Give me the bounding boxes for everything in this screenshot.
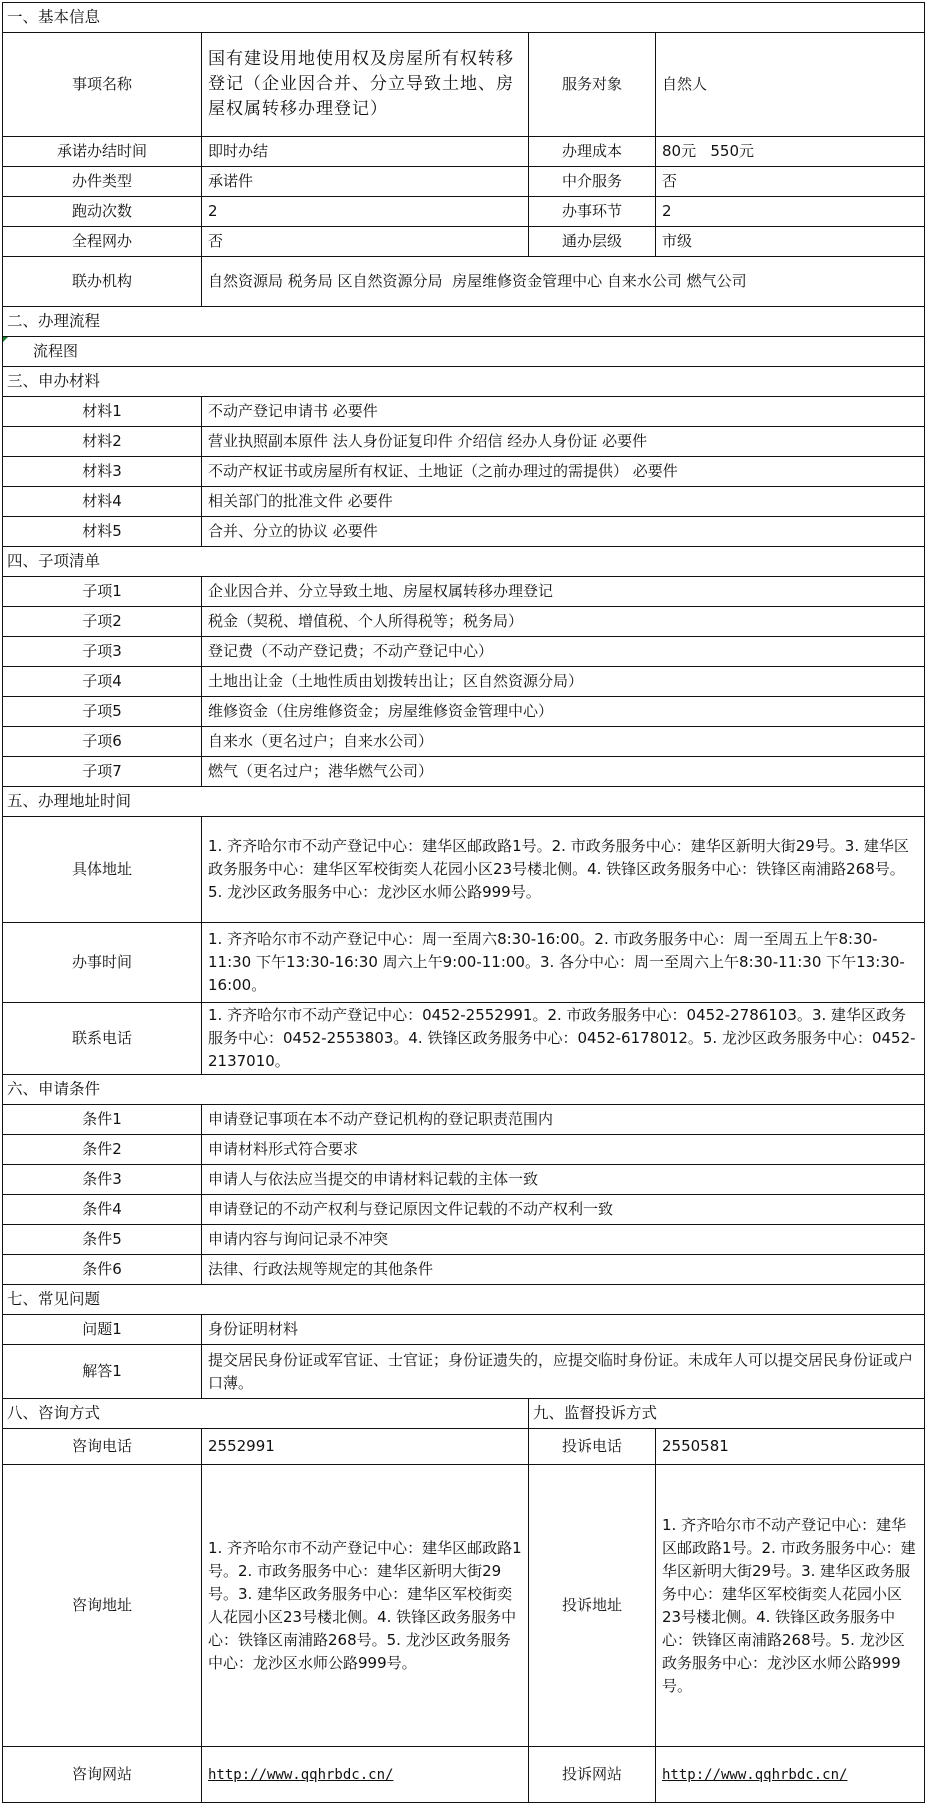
complaint-website-label: 投诉网站 [529, 1747, 656, 1803]
agency-service-value: 否 [656, 167, 925, 197]
subitem-row: 子项3 登记费（不动产登记费；不动产登记中心） [3, 637, 925, 667]
visit-count-value: 2 [202, 197, 529, 227]
contact-phone-value: 1. 齐齐哈尔市不动产登记中心：0452-2552991。2. 市政务服务中心：… [202, 1003, 925, 1075]
subitem-label: 子项5 [3, 697, 202, 727]
faq-question-label: 问题1 [3, 1315, 202, 1345]
condition-row: 条件1 申请登记事项在本不动产登记机构的登记职责范围内 [3, 1105, 925, 1135]
subitem-label: 子项3 [3, 637, 202, 667]
faq-answer-label: 解答1 [3, 1345, 202, 1399]
section-subitems-title: 四、子项清单 [3, 547, 925, 577]
office-hours-value: 1. 齐齐哈尔市不动产登记中心：周一至周六8:30-16:00。2. 市政务服务… [202, 923, 925, 1003]
service-target-label: 服务对象 [529, 33, 656, 137]
consult-address-label: 咨询地址 [3, 1465, 202, 1747]
subitem-value: 企业因合并、分立导致土地、房屋权属转移办理登记 [202, 577, 925, 607]
material-value: 不动产登记申请书 必要件 [202, 397, 925, 427]
subitem-row: 子项5 维修资金（住房维修资金；房屋维修资金管理中心） [3, 697, 925, 727]
subitem-row: 子项6 自来水（更名过户；自来水公司） [3, 727, 925, 757]
section-materials-title: 三、申办材料 [3, 367, 925, 397]
section-conditions-title: 六、申请条件 [3, 1075, 925, 1105]
material-label: 材料2 [3, 427, 202, 457]
consult-address-value: 1. 齐齐哈尔市不动产登记中心：建华区邮政路1号。2. 市政务服务中心：建华区新… [202, 1465, 529, 1747]
subitem-value: 土地出让金（土地性质由划拨转出让；区自然资源分局） [202, 667, 925, 697]
subitem-value: 登记费（不动产登记费；不动产登记中心） [202, 637, 925, 667]
condition-value: 申请内容与询问记录不冲突 [202, 1225, 925, 1255]
subitem-value: 自来水（更名过户；自来水公司） [202, 727, 925, 757]
condition-row: 条件3 申请人与依法应当提交的申请材料记载的主体一致 [3, 1165, 925, 1195]
consult-phone-label: 咨询电话 [3, 1429, 202, 1465]
complaint-website-link[interactable]: http://www.qqhrbdc.cn/ [662, 1767, 847, 1783]
consult-phone-value: 2552991 [202, 1429, 529, 1465]
visit-count-label: 跑动次数 [3, 197, 202, 227]
item-name-value: 国有建设用地使用权及房屋所有权转移登记（企业因合并、分立导致土地、房屋权属转移办… [202, 33, 529, 137]
process-steps-value: 2 [656, 197, 925, 227]
address-value: 1. 齐齐哈尔市不动产登记中心：建华区邮政路1号。2. 市政务服务中心：建华区新… [202, 817, 925, 923]
condition-label: 条件5 [3, 1225, 202, 1255]
condition-value: 申请材料形式符合要求 [202, 1135, 925, 1165]
material-value: 相关部门的批准文件 必要件 [202, 487, 925, 517]
condition-label: 条件6 [3, 1255, 202, 1285]
section-complaint-title: 九、监督投诉方式 [529, 1399, 925, 1429]
material-value: 不动产权证书或房屋所有权证、土地证（之前办理过的需提供） 必要件 [202, 457, 925, 487]
material-label: 材料3 [3, 457, 202, 487]
item-name-label: 事项名称 [3, 33, 202, 137]
section-basic-info-title: 一、基本信息 [3, 3, 925, 33]
condition-label: 条件3 [3, 1165, 202, 1195]
subitem-value: 维修资金（住房维修资金；房屋维修资金管理中心） [202, 697, 925, 727]
subitem-value: 燃气（更名过户；港华燃气公司） [202, 757, 925, 787]
full-online-label: 全程网办 [3, 227, 202, 257]
material-row: 材料3 不动产权证书或房屋所有权证、土地证（之前办理过的需提供） 必要件 [3, 457, 925, 487]
subitem-row: 子项7 燃气（更名过户；港华燃气公司） [3, 757, 925, 787]
material-value: 营业执照副本原件 法人身份证复印件 介绍信 经办人身份证 必要件 [202, 427, 925, 457]
complaint-phone-label: 投诉电话 [529, 1429, 656, 1465]
condition-label: 条件4 [3, 1195, 202, 1225]
complaint-website-cell: http://www.qqhrbdc.cn/ [656, 1747, 925, 1803]
condition-value: 法律、行政法规等规定的其他条件 [202, 1255, 925, 1285]
subitem-label: 子项7 [3, 757, 202, 787]
flowchart-link[interactable]: 流程图 [3, 337, 925, 367]
subitem-label: 子项2 [3, 607, 202, 637]
cost-value: 80元 550元 [656, 137, 925, 167]
case-type-label: 办件类型 [3, 167, 202, 197]
condition-value: 申请人与依法应当提交的申请材料记载的主体一致 [202, 1165, 925, 1195]
section-process-title: 二、办理流程 [3, 307, 925, 337]
material-row: 材料2 营业执照副本原件 法人身份证复印件 介绍信 经办人身份证 必要件 [3, 427, 925, 457]
promise-time-label: 承诺办结时间 [3, 137, 202, 167]
material-row: 材料1 不动产登记申请书 必要件 [3, 397, 925, 427]
joint-agencies-value: 自然资源局 税务局 区自然资源分局 房屋维修资金管理中心 自来水公司 燃气公司 [202, 257, 925, 307]
condition-row: 条件5 申请内容与询问记录不冲突 [3, 1225, 925, 1255]
condition-row: 条件4 申请登记的不动产权利与登记原因文件记载的不动产权利一致 [3, 1195, 925, 1225]
subitem-row: 子项1 企业因合并、分立导致土地、房屋权属转移办理登记 [3, 577, 925, 607]
service-guide-sheet: 一、基本信息 事项名称 国有建设用地使用权及房屋所有权转移登记（企业因合并、分立… [2, 2, 924, 1803]
section-faq-title: 七、常见问题 [3, 1285, 925, 1315]
office-hours-label: 办事时间 [3, 923, 202, 1003]
promise-time-value: 即时办结 [202, 137, 529, 167]
subitem-label: 子项4 [3, 667, 202, 697]
service-level-value: 市级 [656, 227, 925, 257]
subitem-label: 子项6 [3, 727, 202, 757]
complaint-address-value: 1. 齐齐哈尔市不动产登记中心：建华区邮政路1号。2. 市政务服务中心：建华区新… [656, 1465, 925, 1747]
consult-website-label: 咨询网站 [3, 1747, 202, 1803]
full-online-value: 否 [202, 227, 529, 257]
material-label: 材料5 [3, 517, 202, 547]
condition-row: 条件6 法律、行政法规等规定的其他条件 [3, 1255, 925, 1285]
address-label: 具体地址 [3, 817, 202, 923]
service-level-label: 通办层级 [529, 227, 656, 257]
condition-value: 申请登记事项在本不动产登记机构的登记职责范围内 [202, 1105, 925, 1135]
faq-question-value: 身份证明材料 [202, 1315, 925, 1345]
condition-value: 申请登记的不动产权利与登记原因文件记载的不动产权利一致 [202, 1195, 925, 1225]
complaint-address-label: 投诉地址 [529, 1465, 656, 1747]
contact-phone-label: 联系电话 [3, 1003, 202, 1075]
material-row: 材料5 合并、分立的协议 必要件 [3, 517, 925, 547]
service-guide-table: 一、基本信息 事项名称 国有建设用地使用权及房屋所有权转移登记（企业因合并、分立… [2, 2, 925, 1803]
condition-row: 条件2 申请材料形式符合要求 [3, 1135, 925, 1165]
section-consult-title: 八、咨询方式 [3, 1399, 529, 1429]
consult-website-link[interactable]: http://www.qqhrbdc.cn/ [208, 1767, 393, 1783]
subitem-row: 子项4 土地出让金（土地性质由划拨转出让；区自然资源分局） [3, 667, 925, 697]
material-value: 合并、分立的协议 必要件 [202, 517, 925, 547]
faq-answer-value: 提交居民身份证或军官证、士官证；身份证遗失的，应提交临时身份证。未成年人可以提交… [202, 1345, 925, 1399]
cost-label: 办理成本 [529, 137, 656, 167]
material-label: 材料1 [3, 397, 202, 427]
condition-label: 条件2 [3, 1135, 202, 1165]
case-type-value: 承诺件 [202, 167, 529, 197]
subitem-row: 子项2 税金（契税、增值税、个人所得税等；税务局） [3, 607, 925, 637]
agency-service-label: 中介服务 [529, 167, 656, 197]
process-steps-label: 办事环节 [529, 197, 656, 227]
service-target-value: 自然人 [656, 33, 925, 137]
subitem-value: 税金（契税、增值税、个人所得税等；税务局） [202, 607, 925, 637]
section-address-time-title: 五、办理地址时间 [3, 787, 925, 817]
subitem-label: 子项1 [3, 577, 202, 607]
condition-label: 条件1 [3, 1105, 202, 1135]
joint-agencies-label: 联办机构 [3, 257, 202, 307]
material-label: 材料4 [3, 487, 202, 517]
consult-website-cell: http://www.qqhrbdc.cn/ [202, 1747, 529, 1803]
complaint-phone-value: 2550581 [656, 1429, 925, 1465]
material-row: 材料4 相关部门的批准文件 必要件 [3, 487, 925, 517]
